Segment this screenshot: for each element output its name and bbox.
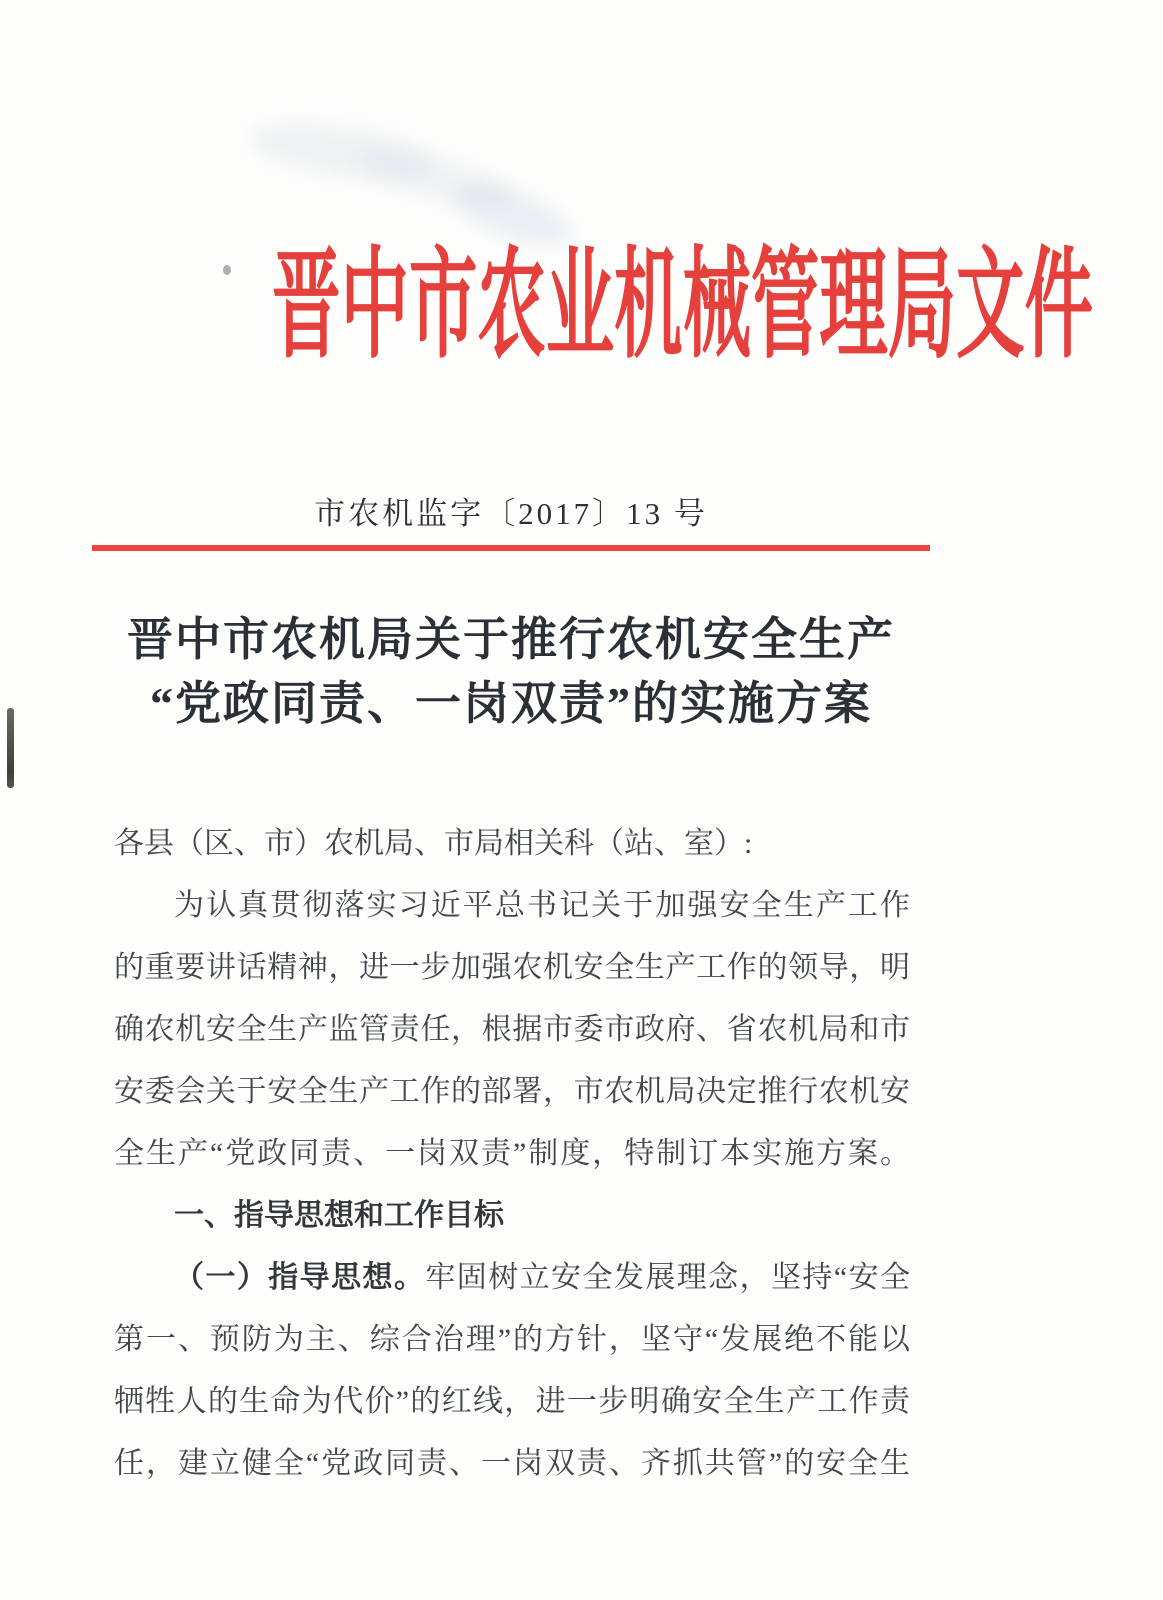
body-line: 任，建立健全“党政同责、一岗双责、齐抓共管”的安全生 [114,1433,910,1495]
document-title-line2: “党政同责、一岗双责”的实施方案 [92,672,930,736]
document-title-line1: 晋中市农机局关于推行农机安全生产 [92,608,930,672]
body-line: 为认真贯彻落实习近平总书记关于加强安全生产工作 [114,875,910,937]
agency-letterhead-title: 晋中市农业机械管理局文件 [272,236,750,376]
scan-smudge [352,137,522,220]
document-number: 市农机监字〔2017〕13 号 [92,494,930,534]
document-body: 各县（区、市）农机局、市局相关科（站、室）: 为认真贯彻落实习近平总书记关于加强… [114,813,910,1495]
body-line: 安委会关于安全生产工作的部署，市农机局决定推行农机安 [114,1061,910,1123]
scan-smudge [245,113,440,190]
body-line: 全生产“党政同责、一岗双责”制度，特制订本实施方案。 [114,1123,910,1185]
body-line: 确农机安全生产监管责任，根据市委市政府、省农机局和市 [114,999,910,1061]
document-title: 晋中市农机局关于推行农机安全生产 “党政同责、一岗双责”的实施方案 [92,608,930,736]
paragraph-lead-bold: （一）指导思想。 [174,1260,425,1295]
section-heading: 一、指导思想和工作目标 [114,1185,910,1247]
body-line: 的重要讲话精神，进一步加强农机安全生产工作的领导，明 [114,937,910,999]
red-divider-rule [92,545,930,551]
salutation-line: 各县（区、市）农机局、市局相关科（站、室）: [114,813,910,875]
body-line: 牺牲人的生命为代价”的红线，进一步明确安全生产工作责 [114,1371,910,1433]
binding-mark [7,708,14,788]
scanned-document-page: 晋中市农业机械管理局文件 市农机监字〔2017〕13 号 晋中市农机局关于推行农… [0,0,1163,1600]
body-line: （一）指导思想。牢固树立安全发展理念，坚持“安全 [114,1247,910,1309]
paragraph-lead-rest: 牢固树立安全发展理念，坚持“安全 [425,1261,910,1294]
scan-speck [223,265,231,275]
body-line: 第一、预防为主、综合治理”的方针，坚守“发展绝不能以 [114,1309,910,1371]
